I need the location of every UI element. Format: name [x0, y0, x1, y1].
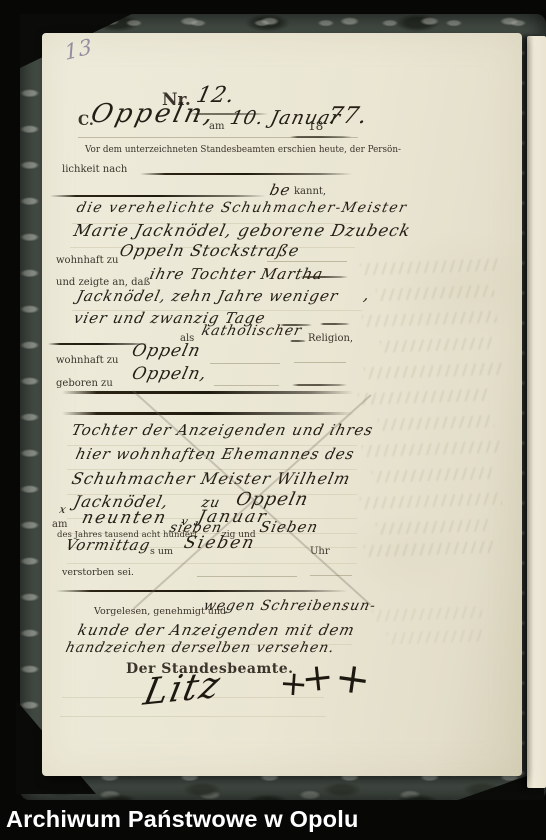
blank-ink-line-1	[140, 173, 352, 175]
time-of-day: Vormittag	[64, 536, 152, 554]
religion-dash	[290, 340, 306, 342]
archive-caption: Archiwum Państwowe w Opolu	[6, 806, 359, 833]
next-page-edge	[527, 36, 546, 788]
year-value-2: Sieben	[258, 518, 320, 536]
time-um-label: s um	[150, 546, 173, 557]
ruled-line	[67, 563, 357, 564]
trailing-ink	[300, 276, 348, 278]
child-age-line-1: Jacknödel, zehn Jahre weniger	[75, 287, 340, 305]
bleed-through-writing	[380, 337, 492, 353]
blank-ink-line-2	[50, 195, 266, 197]
pencil-page-number: 13	[63, 34, 93, 65]
dateline-am-label: am	[209, 121, 224, 132]
bleed-through-writing	[360, 493, 502, 510]
registrar-signature: Litz	[140, 664, 225, 714]
dateline-year-suffix: 77.	[325, 103, 371, 129]
closing-handwritten-3: handzeichen derselben versehen.	[64, 640, 337, 656]
dateline-underline-ink	[290, 136, 352, 138]
trailing-line	[310, 575, 352, 576]
known-printed: kannt,	[294, 186, 326, 197]
section-divider-2	[62, 412, 354, 415]
religion-value: katholischer	[200, 323, 304, 339]
bleed-through-writing	[364, 363, 504, 380]
dateline-place: Oppeln,	[88, 99, 219, 129]
witness-cross-2: +	[299, 654, 336, 701]
section-divider-1	[62, 391, 354, 394]
section-divider-3	[56, 590, 348, 592]
register-page: 13 C. Nr. 12. Oppeln, am 10. Januar 18 7…	[42, 33, 522, 776]
relation-line-2: hier wohnhaften Ehemannes des	[74, 445, 357, 463]
bleed-through-writing	[387, 629, 482, 644]
declarant-line-2: Marie Jacknödel, geborene Dzubeck	[72, 221, 413, 240]
report-child-name: ihre Tochter Martha	[148, 265, 325, 283]
bleed-through-writing	[358, 389, 488, 406]
bleed-through-writing	[372, 606, 482, 622]
closing-handwritten-1: wegen Schreibensun-	[202, 598, 378, 614]
closing-handwritten-2: kunde der Anzeigenden mit dem	[76, 621, 357, 639]
child-age-comma: ,	[362, 285, 372, 304]
bleed-through-writing	[372, 467, 492, 483]
death-day: neunten	[80, 508, 169, 528]
trailing-ink	[320, 323, 350, 325]
trailing-line	[267, 261, 347, 262]
photo-stage: 13 C. Nr. 12. Oppeln, am 10. Januar 18 7…	[0, 0, 546, 840]
trailing-line	[210, 363, 280, 364]
bleed-through-writing	[378, 415, 494, 431]
birthplace-value: Oppeln,	[130, 364, 209, 384]
signature-rule	[60, 716, 326, 717]
bleed-through-writing	[376, 519, 491, 535]
am-label: am	[52, 519, 67, 530]
dateline-year-prefix: 18	[308, 119, 323, 133]
intro-line-2: lichkeit nach	[62, 164, 127, 175]
trailing-line	[214, 385, 279, 386]
religion-label: Religion,	[308, 333, 353, 344]
witness-cross-3: +	[332, 651, 375, 705]
bleed-through-writing	[364, 541, 496, 558]
residence2-label: wohnhaft zu	[56, 355, 118, 366]
trailing-ink	[292, 384, 347, 386]
known-handwritten: be	[268, 181, 293, 199]
relation-line-3: Schuhmacher Meister Wilhelm	[70, 469, 353, 488]
died-label: verstorben sei.	[62, 567, 134, 578]
birthplace-label: geboren zu	[56, 378, 113, 389]
bleed-through-writing	[362, 441, 500, 458]
bleed-through-writing	[360, 259, 500, 276]
intro-line-1: Vor dem unterzeichneten Standesbeamten e…	[85, 145, 401, 155]
declarant-line-1: die verehelichte Schuhmacher-Meister	[75, 200, 409, 216]
residence-value: Oppeln Stockstraße	[118, 241, 302, 260]
residence2-value: Oppeln	[130, 341, 203, 361]
surname-collation-mark: x	[58, 503, 68, 516]
time-value: Sieben	[182, 533, 258, 553]
bleed-through-writing	[362, 311, 497, 328]
bleed-through-writing	[376, 285, 494, 301]
trailing-line	[294, 362, 346, 363]
residence-label: wohnhaft zu	[56, 255, 118, 266]
trailing-line	[197, 576, 297, 577]
